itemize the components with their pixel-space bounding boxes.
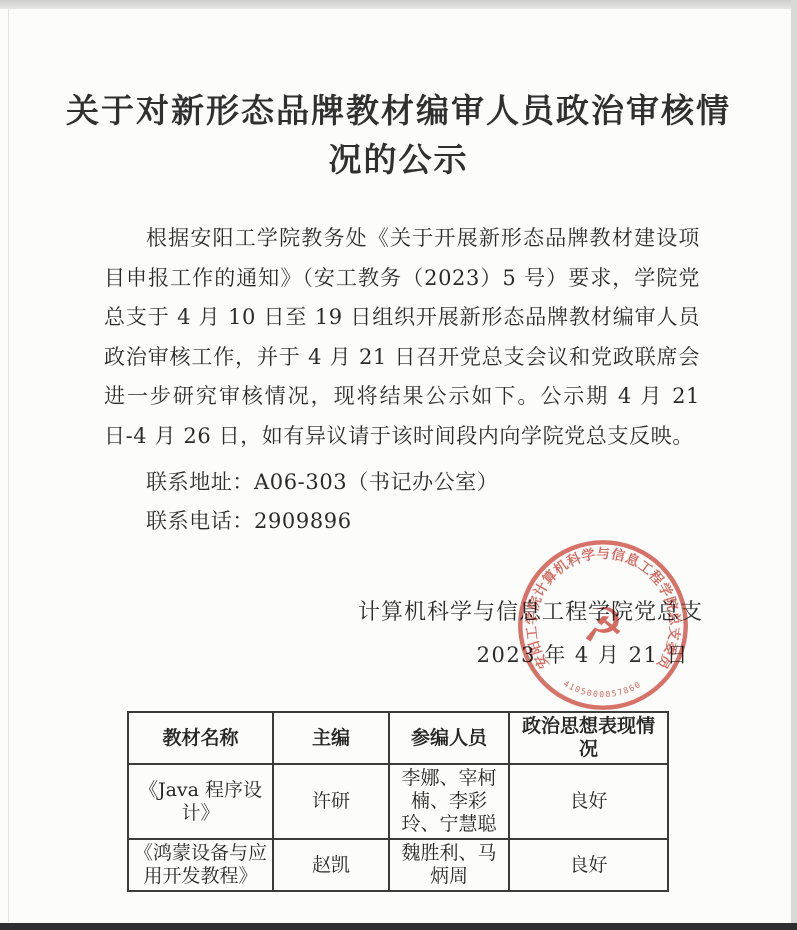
cell-textbook-name: 《鸿蒙设备与应用开发教程》 (128, 839, 273, 891)
cell-co-editors: 李娜、宰柯楠、李彩玲、宁慧聪 (389, 764, 509, 839)
seal-code-number: 4105000057860 (562, 678, 643, 699)
svg-text:4105000057860: 4105000057860 (562, 678, 643, 699)
cell-textbook-name: 《Java 程序设计》 (128, 764, 273, 839)
body-paragraph: 根据安阳工学院教务处《关于开展新形态品牌教材建设项目申报工作的通知》（安工教务（… (104, 219, 700, 456)
table-row: 《Java 程序设计》 许研 李娜、宰柯楠、李彩玲、宁慧聪 良好 (128, 764, 668, 839)
cell-political-performance: 良好 (509, 764, 668, 839)
header-chief-editor: 主编 (273, 712, 389, 764)
cell-chief-editor: 赵凯 (273, 839, 389, 891)
contact-phone-line: 联系电话：2909896 (104, 505, 700, 535)
scan-edge-left (8, 9, 9, 922)
cell-chief-editor: 许研 (273, 764, 389, 839)
header-textbook-name: 教材名称 (128, 712, 273, 764)
table-header-row: 教材名称 主编 参编人员 政治思想表现情况 (128, 712, 668, 764)
scan-edge-right (791, 0, 797, 930)
cell-political-performance: 良好 (509, 839, 668, 891)
scanned-notice-page: 关于对新形态品牌教材编审人员政治审核情况的公示 根据安阳工学院教务处《关于开展新… (0, 0, 797, 930)
review-results-table: 教材名称 主编 参编人员 政治思想表现情况 《Java 程序设计》 许研 李娜、… (127, 711, 669, 892)
scan-edge-bottom (0, 923, 797, 930)
header-political-performance: 政治思想表现情况 (509, 712, 668, 764)
table-row: 《鸿蒙设备与应用开发教程》 赵凯 魏胜利、马炳周 良好 (128, 839, 668, 891)
signature-org-name: 计算机科学与信息工程学院党总支 (358, 595, 703, 626)
contact-address-line: 联系地址：A06-303（书记办公室） (104, 466, 700, 496)
cell-co-editors: 魏胜利、马炳周 (389, 839, 509, 891)
signature-date: 2023 年 4 月 21 日 (477, 639, 689, 669)
scan-edge-top (0, 0, 797, 9)
document-title: 关于对新形态品牌教材编审人员政治审核情况的公示 (58, 86, 739, 184)
header-co-editors: 参编人员 (389, 712, 509, 764)
